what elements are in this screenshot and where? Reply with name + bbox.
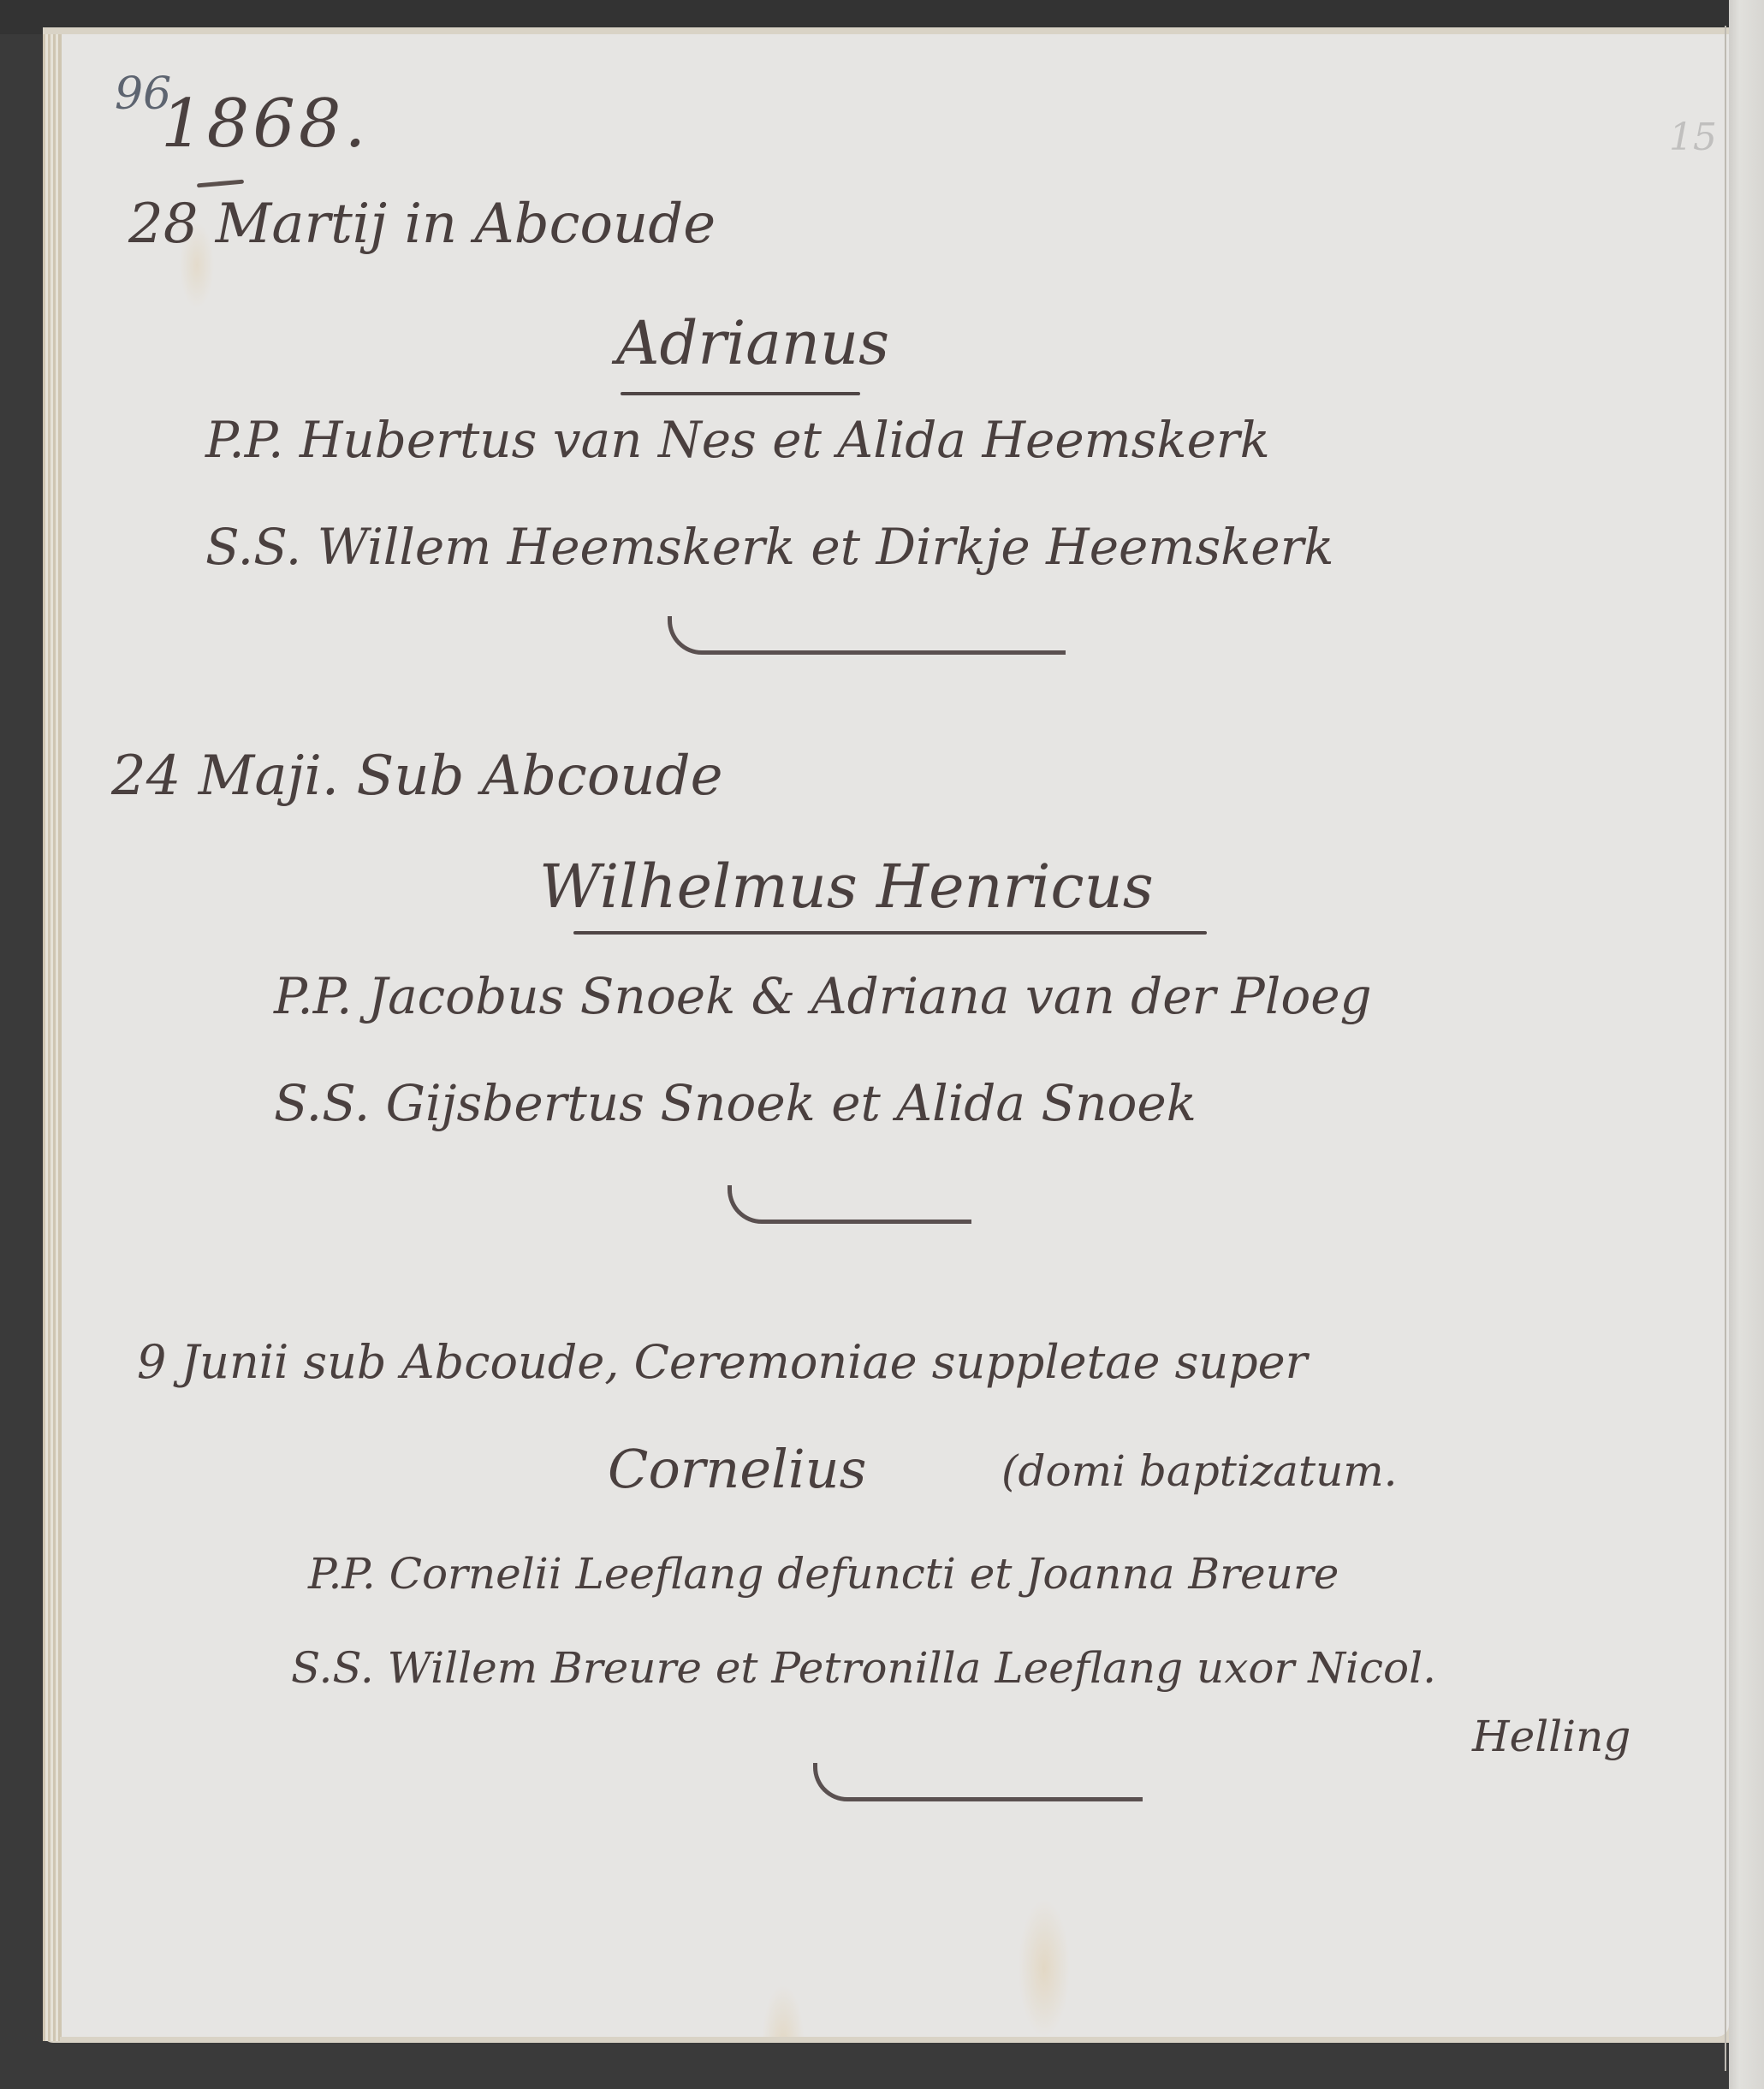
entry-separator-flourish	[728, 1185, 971, 1224]
name-underline	[621, 392, 860, 395]
baptized-name: Wilhelmus Henricus	[539, 852, 1154, 922]
entry-separator-flourish	[813, 1763, 1143, 1801]
ghost-page-number: 15	[1669, 116, 1717, 159]
entry-separator-flourish	[668, 616, 1066, 655]
sponsors-line: S.S. Willem Breure et Petronilla Leeflan…	[291, 1643, 1436, 1693]
sponsors-line-continuation: Helling	[1472, 1712, 1630, 1761]
parents-line: P.P. Hubertus van Nes et Alida Heemskerk	[205, 411, 1270, 469]
parents-line: P.P. Cornelii Leeflang defuncti et Joann…	[308, 1549, 1339, 1599]
manuscript-page: 15 96 1868. 28 Martij in Abcoude Adrianu…	[60, 34, 1729, 2037]
sponsors-line: S.S. Gijsbertus Snoek et Alida Snoek	[274, 1074, 1197, 1132]
year-underline	[197, 180, 244, 188]
parents-line: P.P. Jacobus Snoek & Adriana van der Plo…	[274, 967, 1372, 1025]
register-year: 1868.	[161, 86, 369, 163]
baptized-name: Adrianus	[616, 308, 889, 378]
entry-date-line: 9 Junii sub Abcoude, Ceremoniae suppleta…	[137, 1335, 1307, 1389]
sponsors-line: S.S. Willem Heemskerk et Dirkje Heemsker…	[205, 518, 1333, 576]
entry-date-line: 28 Martij in Abcoude	[128, 193, 716, 256]
name-underline	[573, 931, 1207, 935]
baptism-note: (domi baptizatum.	[1001, 1446, 1398, 1496]
page-edges-left	[43, 34, 60, 2041]
book-gutter	[1725, 26, 1726, 2071]
facing-page-edge	[1729, 0, 1764, 2089]
baptized-name: Cornelius	[608, 1438, 866, 1500]
entry-date-line: 24 Maji. Sub Abcoude	[111, 745, 722, 808]
